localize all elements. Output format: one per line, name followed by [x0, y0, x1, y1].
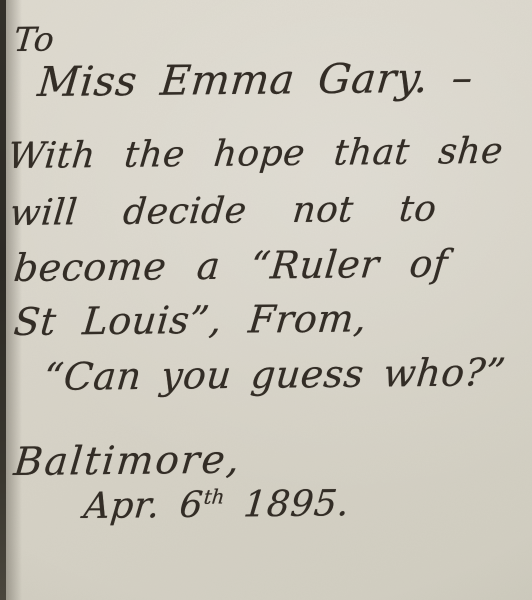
inscription-line-become: become a “Ruler of: [12, 241, 450, 290]
recipient-name: Miss Emma Gary. –: [36, 53, 475, 106]
page-edge-shadow: [6, 0, 22, 600]
city-name: Baltimore,: [12, 438, 243, 485]
inscription-line-guess: “Can you guess who?”: [42, 350, 508, 399]
photo-frame: To Miss Emma Gary. – With the hope that …: [0, 0, 532, 600]
date-year: 1895.: [222, 483, 351, 525]
date-ordinal-suffix: th: [203, 486, 226, 509]
inscription-date: Apr. 6th 1895.: [82, 483, 351, 527]
date-day: Apr. 6: [82, 485, 205, 527]
inscription-line-hope: With the hope that she: [6, 131, 505, 177]
book-page: To Miss Emma Gary. – With the hope that …: [0, 0, 532, 600]
inscription-line-decide: will decide not to: [8, 189, 438, 235]
inscription-line-stlouis: St Louis”, From,: [12, 296, 369, 344]
